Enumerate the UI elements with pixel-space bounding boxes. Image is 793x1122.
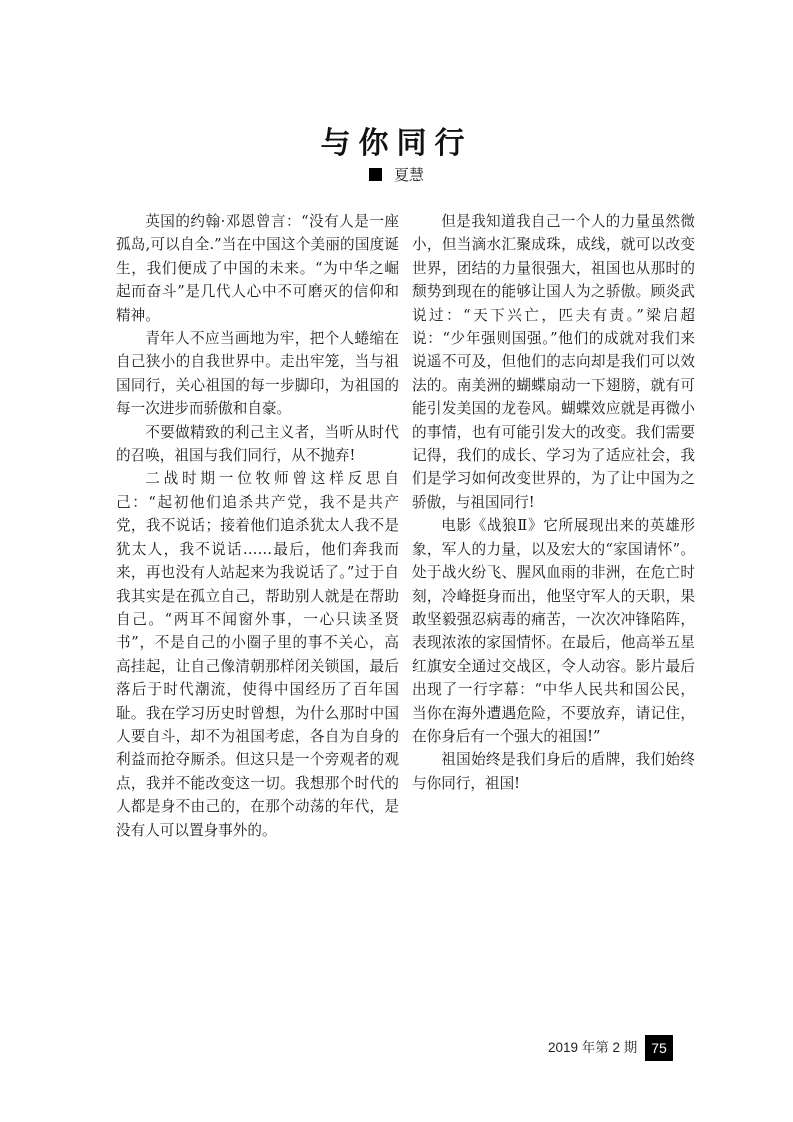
right-column: 但是我知道我自己一个人的力量虽然微小，但当滴水汇聚成珠，成线，就可以改变世界，团… — [412, 210, 695, 795]
paragraph: 祖国始终是我们身后的盾牌，我们始终与你同行，祖国! — [412, 748, 695, 795]
left-column: 英国的约翰·邓恩曾言：“没有人是一座孤岛,可以自全.”当在中国这个美丽的国度诞生… — [116, 210, 399, 842]
issue-label: 2019 年第 2 期 — [548, 1036, 637, 1056]
byline: 夏慧 — [0, 164, 793, 185]
square-bullet-icon — [369, 168, 382, 181]
paragraph: 青年人不应当画地为牢，把个人蜷缩在自己狭小的自我世界中。走出牢笼，当与祖国同行，… — [116, 327, 399, 421]
paragraph: 电影《战狼Ⅱ》它所展现出来的英雄形象，军人的力量，以及宏大的“家国请怀”。处于战… — [412, 514, 695, 748]
paragraph: 不要做精致的利己主义者，当听从时代的召唤，祖国与我们同行，从不抛弃! — [116, 421, 399, 468]
page-number: 75 — [645, 1035, 673, 1061]
paragraph: 但是我知道我自己一个人的力量虽然微小，但当滴水汇聚成珠，成线，就可以改变世界，团… — [412, 210, 695, 514]
paragraph: 二战时期一位牧师曾这样反思自己：“起初他们追杀共产党，我不是共产党，我不说话；接… — [116, 467, 399, 842]
author-name: 夏慧 — [394, 166, 424, 184]
article-title: 与你同行 — [0, 118, 793, 162]
paragraph: 英国的约翰·邓恩曾言：“没有人是一座孤岛,可以自全.”当在中国这个美丽的国度诞生… — [116, 210, 399, 327]
